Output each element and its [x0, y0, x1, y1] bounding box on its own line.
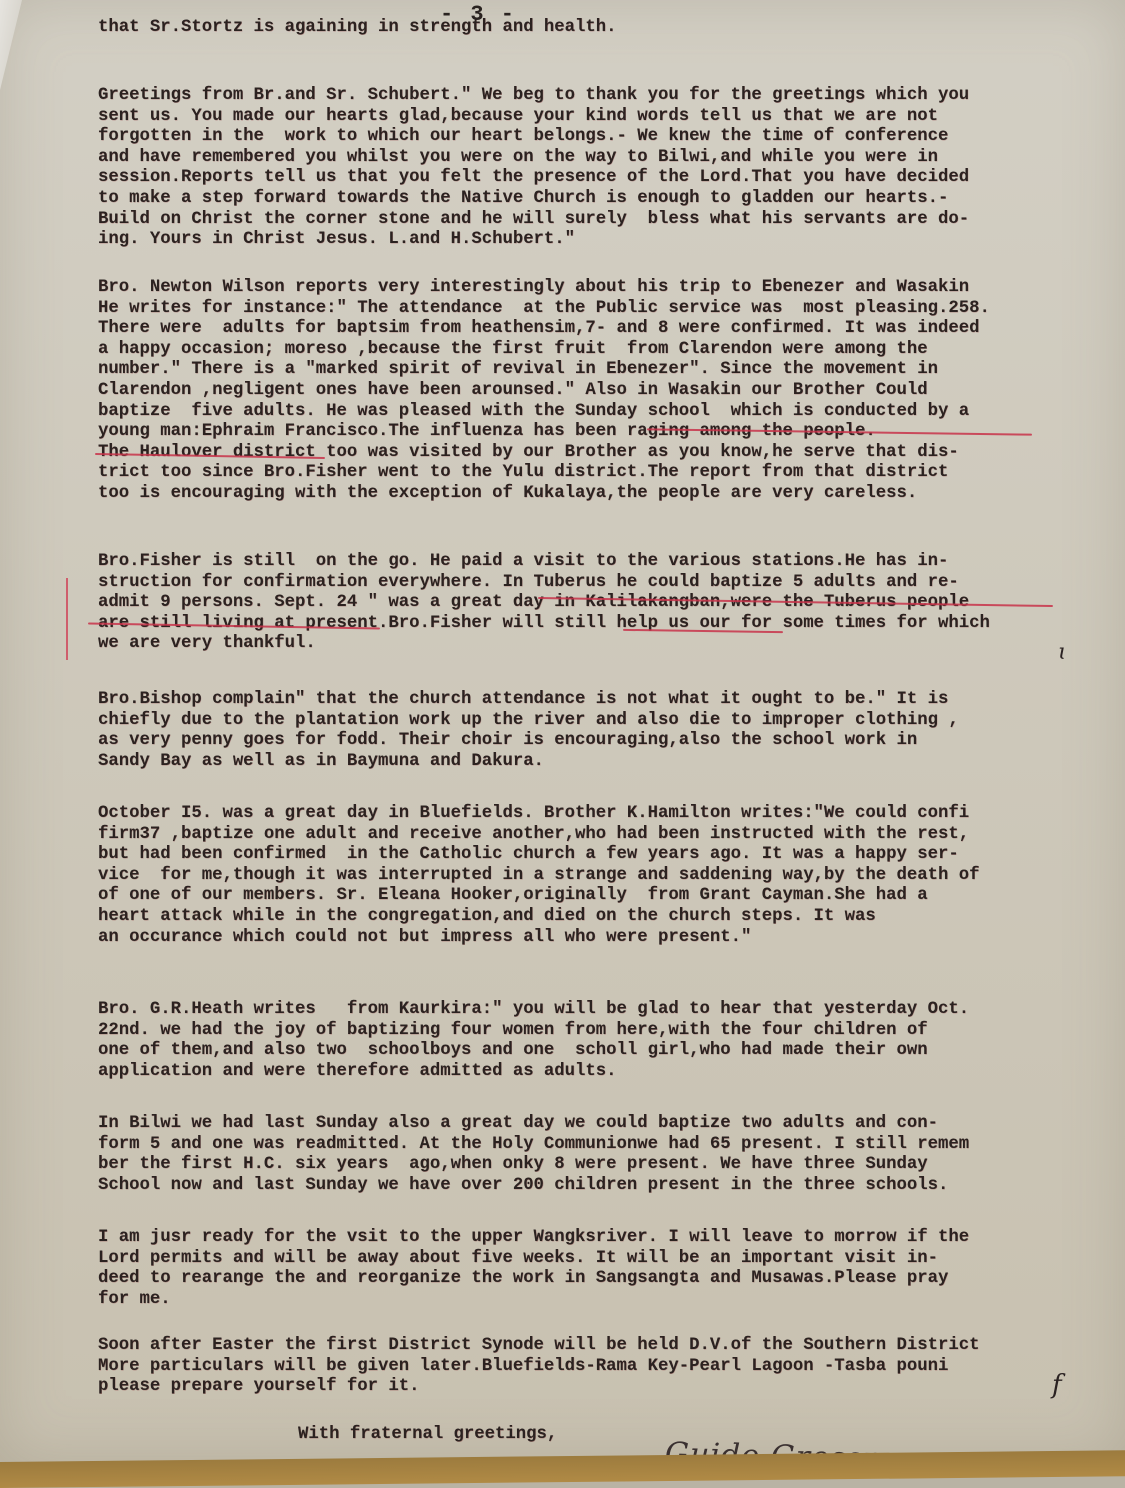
text-line: October I5. was a great day in Bluefield… — [98, 804, 1088, 825]
text-line: I am jusr ready for the vsit to the uppe… — [98, 1228, 1088, 1249]
text-line: Build on Christ the corner stone and he … — [98, 210, 1088, 231]
text-line: session.Reports tell us that you felt th… — [98, 168, 1088, 189]
text-line: an occurance which could not but impress… — [98, 928, 1088, 949]
text-line: Clarendon ,negligent ones have been arou… — [98, 381, 1088, 402]
text-line: number." There is a "marked spirit of re… — [98, 360, 1088, 381]
text-line: that Sr.Stortz is againing in strength a… — [98, 18, 1088, 39]
paragraph: Bro. G.R.Heath writes from Kaurkira:" yo… — [98, 1000, 1088, 1082]
text-line: we are very thankful. — [98, 634, 1088, 655]
text-line: vice for me,though it was interrupted in… — [98, 866, 1088, 887]
text-line: School now and last Sunday we have over … — [98, 1176, 1088, 1197]
text-line: He writes for instance:" The attendance … — [98, 299, 1088, 320]
text-line: to make a step forward towards the Nativ… — [98, 189, 1088, 210]
paragraph: that Sr.Stortz is againing in strength a… — [98, 18, 1088, 39]
text-line: 22nd. we had the joy of baptizing four w… — [98, 1021, 1088, 1042]
handwritten-correction-mark: f — [1052, 1370, 1062, 1400]
text-line: and have remembered you whilst you were … — [98, 148, 1088, 169]
text-line: chiefly due to the plantation work up th… — [98, 711, 1088, 732]
text-line: Sandy Bay as well as in Baymuna and Daku… — [98, 752, 1088, 773]
text-line: Soon after Easter the first District Syn… — [98, 1336, 1088, 1357]
text-line: trict too since Bro.Fisher went to the Y… — [98, 463, 1088, 484]
paragraph: Bro. Newton Wilson reports very interest… — [98, 278, 1088, 505]
paragraph: Bro.Bishop complain" that the church att… — [98, 690, 1088, 772]
text-line: baptize five adults. He was pleased with… — [98, 402, 1088, 423]
text-line: Bro. Newton Wilson reports very interest… — [98, 278, 1088, 299]
text-line: In Bilwi we had last Sunday also a great… — [98, 1114, 1088, 1135]
handwritten-correction-mark: ɩ — [1058, 640, 1067, 665]
text-line: too is encouraging with the exception of… — [98, 484, 1088, 505]
paragraph: Soon after Easter the first District Syn… — [98, 1336, 1088, 1398]
text-line: as very penny goes for fodd. Their choir… — [98, 731, 1088, 752]
paragraph: Greetings from Br.and Sr. Schubert." We … — [98, 86, 1088, 251]
text-line: ber the first H.C. six years ago,when on… — [98, 1155, 1088, 1176]
red-margin-mark — [66, 578, 68, 660]
text-line: of one of our members. Sr. Eleana Hooker… — [98, 886, 1088, 907]
closing-line: With fraternal greetings, — [298, 1425, 698, 1446]
text-line: More particulars will be given later.Blu… — [98, 1357, 1088, 1378]
text-line: Greetings from Br.and Sr. Schubert." We … — [98, 86, 1088, 107]
text-line: sent us. You made our hearts glad,becaus… — [98, 107, 1088, 128]
text-line: are still living at present.Bro.Fisher w… — [98, 614, 1088, 635]
page-fold — [0, 0, 22, 90]
paragraph: In Bilwi we had last Sunday also a great… — [98, 1114, 1088, 1196]
text-line: firm37 ,baptize one adult and receive an… — [98, 825, 1088, 846]
text-line: Bro.Bishop complain" that the church att… — [98, 690, 1088, 711]
document-page: - 3 - that Sr.Stortz is againing in stre… — [0, 0, 1125, 1462]
text-line: for me. — [98, 1290, 1088, 1311]
paragraph: I am jusr ready for the vsit to the uppe… — [98, 1228, 1088, 1310]
paragraph: October I5. was a great day in Bluefield… — [98, 804, 1088, 948]
text-line: but had been confirmed in the Catholic c… — [98, 845, 1088, 866]
text-line: struction for confirmation everywhere. I… — [98, 573, 1088, 594]
closing-text: With fraternal greetings, — [298, 1425, 698, 1446]
text-line: application and were therefore admitted … — [98, 1062, 1088, 1083]
text-line: form 5 and one was readmitted. At the Ho… — [98, 1135, 1088, 1156]
text-line: Lord permits and will be away about five… — [98, 1249, 1088, 1270]
text-line: The Haulover district too was visited by… — [98, 443, 1088, 464]
text-line: forgotten in the work to which our heart… — [98, 127, 1088, 148]
text-line: heart attack while in the congregation,a… — [98, 907, 1088, 928]
text-line: Bro.Fisher is still on the go. He paid a… — [98, 552, 1088, 573]
text-line: There were adults for baptsim from heath… — [98, 319, 1088, 340]
text-line: ing. Yours in Christ Jesus. L.and H.Schu… — [98, 230, 1088, 251]
text-line: one of them,and also two schoolboys and … — [98, 1041, 1088, 1062]
text-line: a happy occasion; moreso ,because the fi… — [98, 340, 1088, 361]
text-line: Bro. G.R.Heath writes from Kaurkira:" yo… — [98, 1000, 1088, 1021]
text-line: please prepare yourself for it. — [98, 1377, 1088, 1398]
text-line: deed to rearange the and reorganize the … — [98, 1269, 1088, 1290]
